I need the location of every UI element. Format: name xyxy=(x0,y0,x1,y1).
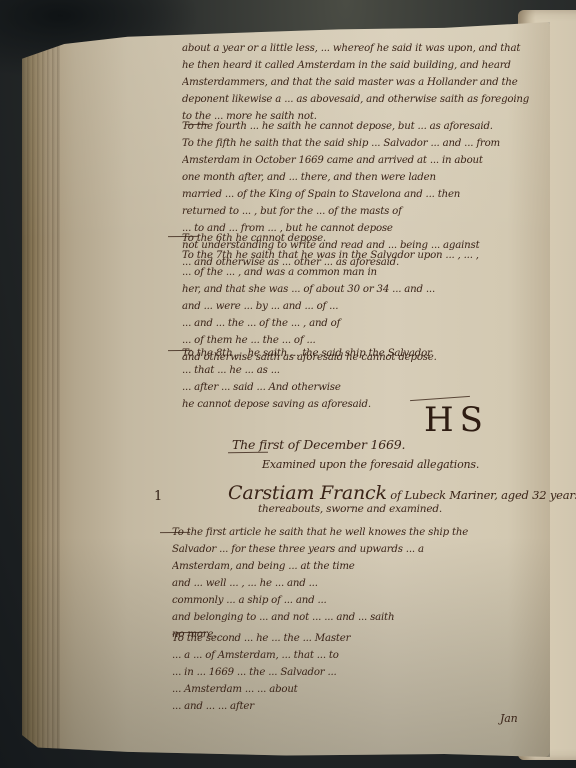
text-line: ... after ... said ... And otherwise xyxy=(182,379,532,396)
deponent-details-2: thereabouts, sworne and examined. xyxy=(258,503,442,515)
text-line: To the fourth ... he saith he cannot dep… xyxy=(182,118,532,135)
examined-line: Examined upon the foresaid allegations. xyxy=(262,458,479,471)
deponent-details: of Lubeck Mariner, aged 32 years or xyxy=(390,488,576,502)
text-line: deponent likewise a ... as abovesaid, an… xyxy=(182,91,532,108)
text-line: To the second ... he ... the ... Master xyxy=(172,630,522,647)
text-line: one month after, and ... there, and then… xyxy=(182,169,532,186)
deponent-heading: Carstiam Franck of Lubeck Mariner, aged … xyxy=(228,482,576,504)
text-line: To the 6th he cannot depose. xyxy=(182,230,532,247)
text-line: To the fifth he saith that the said ship… xyxy=(182,135,532,152)
text-line: married ... of the King of Spain to Stav… xyxy=(182,186,532,203)
text-line: ... and ... the ... of the ... , and of xyxy=(182,315,532,332)
text-line: Amsterdammers, and that the said master … xyxy=(182,74,532,91)
page-binding-edge xyxy=(22,22,60,757)
text-line: and ... were ... by ... and ... of ... xyxy=(182,298,532,315)
paragraph-5: To the first article he saith that he we… xyxy=(172,524,522,643)
text-line: Amsterdam, and being ... at the time xyxy=(172,558,522,575)
paragraph-1: about a year or a little less, ... where… xyxy=(182,40,532,125)
hs-monogram: HS xyxy=(424,400,489,440)
text-line: Amsterdam in October 1669 came and arriv… xyxy=(182,152,532,169)
deponent-name: Carstiam Franck xyxy=(228,482,387,504)
catchword: Jan xyxy=(500,712,517,725)
text-line: and ... well ... , ... he ... and ... xyxy=(172,575,522,592)
text-line: ... Amsterdam ... ... about xyxy=(172,681,522,698)
text-line: her, and that she was ... of about 30 or… xyxy=(182,281,532,298)
text-line: ... that ... he ... as ... xyxy=(182,362,532,379)
text-line: Salvador ... for these three years and u… xyxy=(172,541,522,558)
photo-scene: about a year or a little less, ... where… xyxy=(0,0,576,768)
text-line: he then heard it called Amsterdam in the… xyxy=(182,57,532,74)
text-line: and belonging to ... and not ... ... and… xyxy=(172,609,522,626)
text-line: ... a ... of Amsterdam, ... that ... to xyxy=(172,647,522,664)
text-line: ... and ... ... after xyxy=(172,698,522,715)
text-line: ... in ... 1669 ... the ... Salvador ... xyxy=(172,664,522,681)
text-line: To the 7th he saith that he was in the S… xyxy=(182,247,532,264)
text-line: To the 8th ... he saith ... the said shi… xyxy=(182,345,532,362)
text-line: commonly ... a ship of ... and ... xyxy=(172,592,522,609)
text-line: ... of the ... , and was a common man in xyxy=(182,264,532,281)
text-line: about a year or a little less, ... where… xyxy=(182,40,532,57)
paragraph-6: To the second ... he ... the ... Master … xyxy=(172,630,522,715)
date-heading: The first of December 1669. xyxy=(232,437,405,452)
margin-number: 1 xyxy=(154,489,162,504)
text-line: returned to ... , but for the ... of the… xyxy=(182,203,532,220)
text-line: To the first article he saith that he we… xyxy=(172,524,522,541)
